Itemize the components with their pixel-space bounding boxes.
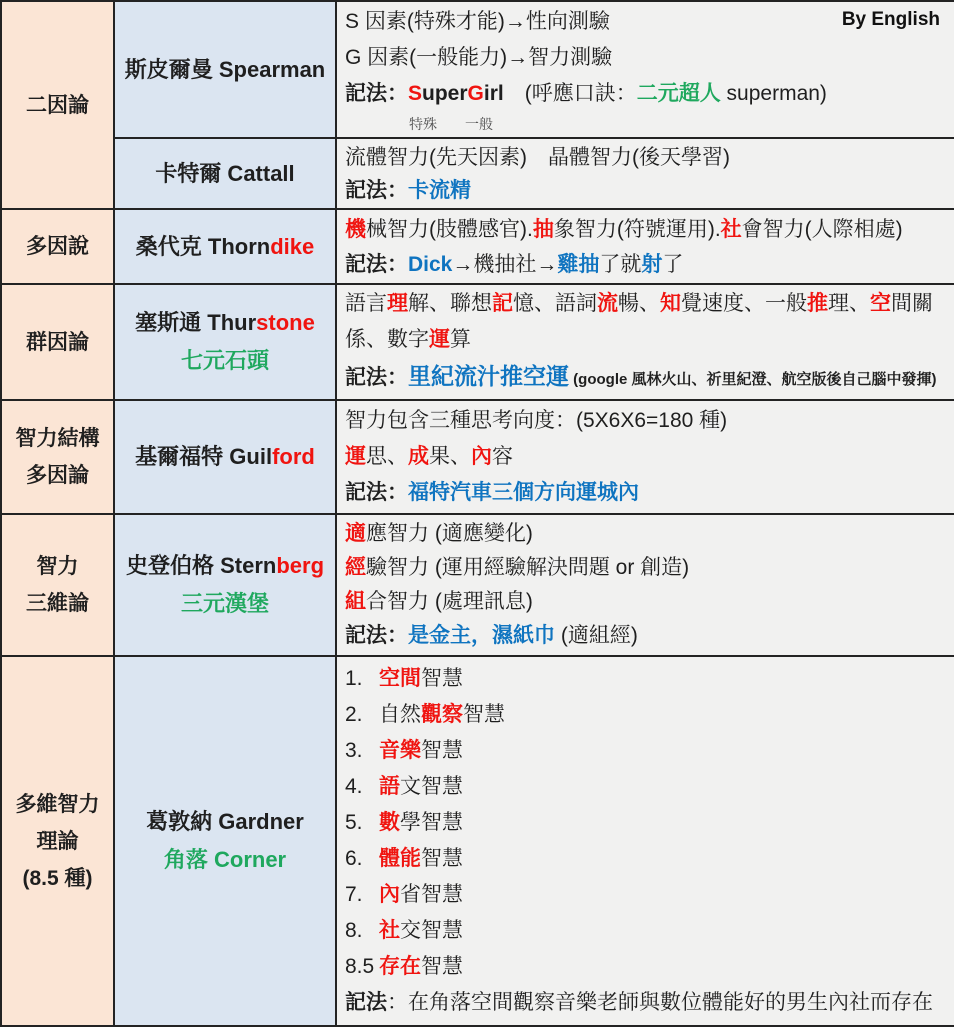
detail-cell-thorndike: 機械智力(肢體感官).抽象智力(符號運用).社會智力(人際相處)記法：Dick→… <box>336 209 954 284</box>
text-segment: uper <box>422 82 468 105</box>
text-segment: 應智力 (適應變化) <box>366 522 533 545</box>
text-segment: 容 <box>492 445 513 468</box>
text-segment: superman) <box>721 82 827 105</box>
text-segment: 了 <box>662 253 683 276</box>
text-segment: 群因論 <box>26 331 89 354</box>
text-line: 三維論 <box>2 585 113 622</box>
text-segment: 知 <box>660 292 681 315</box>
text-segment: 記法： <box>345 179 408 202</box>
text-segment: 二元超人 <box>637 82 721 105</box>
text-line: 3.音樂智慧 <box>345 733 950 769</box>
text-line: 記法：福特汽車三個方向運城內 <box>345 475 950 511</box>
text-segment: 智力結構 <box>16 427 100 450</box>
text-segment: 思、 <box>366 445 408 468</box>
text-segment: 算 <box>450 328 471 351</box>
text-line: G 因素(一般能力)→智力測驗 <box>345 40 950 76</box>
text-segment: 機抽社 <box>473 253 536 276</box>
text-segment: 暢、 <box>618 292 660 315</box>
text-segment: 憶、語詞 <box>513 292 597 315</box>
intelligence-theories-table: 二因論 斯皮爾曼 Spearman By English S 因素(特殊才能)→… <box>0 0 954 1027</box>
text-segment: 卡特爾 Cattall <box>155 161 294 186</box>
text-segment: (8.5 種) <box>22 867 92 890</box>
text-line: 群因論 <box>2 324 113 361</box>
text-segment: 機 <box>345 218 366 241</box>
text-segment: 多因說 <box>26 235 89 258</box>
text-segment: 二因論 <box>26 94 89 117</box>
text-segment: 理論 <box>37 830 79 853</box>
detail-cell-spearman: By English S 因素(特殊才能)→性向測驗G 因素(一般能力)→智力測… <box>336 1 954 138</box>
text-segment: 成 <box>408 445 429 468</box>
detail-cell-sternberg: 適應智力 (適應變化)經驗智力 (運用經驗解決問題 or 創造)組合智力 (處理… <box>336 514 954 656</box>
text-segment: 學智慧 <box>400 811 463 834</box>
theorist-cell-thorndike: 桑代克 Thorndike <box>114 209 336 284</box>
theorist-cell-gardner: 葛敦納 Gardner角落 Corner <box>114 656 336 1026</box>
text-segment: 推 <box>807 292 828 315</box>
text-line: 特殊一般 <box>345 112 950 135</box>
text-line: 機械智力(肢體感官).抽象智力(符號運用).社會智力(人際相處) <box>345 212 950 247</box>
text-segment: 驗智力 (運用經驗解決問題 or 創造) <box>366 556 689 579</box>
text-line: 斯皮爾曼 Spearman <box>115 51 335 89</box>
theorist-cell-spearman: 斯皮爾曼 Spearman <box>114 1 336 138</box>
text-segment: 間關 <box>891 292 933 315</box>
text-segment: 運 <box>345 445 366 468</box>
detail-cell-thurstone: 語言理解、聯想記憶、語詞流暢、知覺速度、一般推理、空間關係、數字運算記法：里紀流… <box>336 284 954 400</box>
text-segment: 體能 <box>379 847 421 870</box>
text-segment: 經 <box>345 556 366 579</box>
text-line: 記法：SuperGirl (呼應口訣：二元超人 superman) <box>345 76 950 112</box>
text-segment: 流體智力(先天因素) 晶體智力(後天學習) <box>345 146 730 169</box>
theory-cell-multiple-intelligences: 多維智力理論(8.5 種) <box>1 656 114 1026</box>
text-segment: 自然 <box>379 703 421 726</box>
text-segment: 記法： <box>345 624 408 647</box>
text-segment: → <box>536 253 557 276</box>
text-segment: 塞斯通 Thur <box>135 310 256 335</box>
text-segment: stone <box>256 310 315 335</box>
detail-cell-gardner: 1.空間智慧2.自然觀察智慧3.音樂智慧4.語文智慧5.數學智慧6.體能智慧7.… <box>336 656 954 1026</box>
text-segment: → <box>452 253 473 276</box>
text-segment: 組 <box>345 590 366 613</box>
text-segment: 智慧 <box>463 703 505 726</box>
text-line: 理論 <box>2 823 113 860</box>
text-segment: 多因論 <box>26 464 89 487</box>
text-line: 二因論 <box>2 87 113 124</box>
text-line: 經驗智力 (運用經驗解決問題 or 創造) <box>345 551 950 585</box>
text-segment: 內 <box>471 445 492 468</box>
text-segment: irl <box>484 82 504 105</box>
text-line: 智力 <box>2 548 113 585</box>
text-segment: 智慧 <box>421 739 463 762</box>
text-line: 記法：在角落空間觀察音樂老師與數位體能好的男生內社而存在 <box>345 985 950 1021</box>
text-segment: 1. <box>345 661 379 697</box>
text-line: (8.5 種) <box>2 860 113 897</box>
text-segment: 射 <box>641 253 662 276</box>
text-segment: 智慧 <box>421 847 463 870</box>
text-segment: 理 <box>387 292 408 315</box>
theory-cell-two-factor: 二因論 <box>1 1 114 209</box>
text-segment: 音樂 <box>379 739 421 762</box>
text-segment: 3. <box>345 733 379 769</box>
text-segment: (google 風林火山、祈里紀澄、航空版後自己腦中發揮) <box>569 371 937 388</box>
text-segment: 智慧 <box>421 667 463 690</box>
text-segment: 運 <box>429 328 450 351</box>
text-segment: 7. <box>345 877 379 913</box>
text-segment: S 因素(特殊才能)→性向測驗 <box>345 10 610 33</box>
text-segment: berg <box>276 553 324 578</box>
text-segment: 空 <box>870 292 891 315</box>
theory-cell-group-factor: 群因論 <box>1 284 114 400</box>
text-segment: 記法 <box>345 991 387 1014</box>
text-segment: 智力包含三種思考向度：(5X6X6=180 種) <box>345 409 727 432</box>
text-line: 流體智力(先天因素) 晶體智力(後天學習) <box>345 141 950 174</box>
text-segment: 記法： <box>345 481 408 504</box>
text-line: 2.自然觀察智慧 <box>345 697 950 733</box>
theory-cell-structure-of-intellect: 智力結構多因論 <box>1 400 114 514</box>
text-segment: ford <box>272 444 315 469</box>
text-segment: 福特汽車三個方向運城內 <box>408 481 639 504</box>
text-line: 8.社交智慧 <box>345 913 950 949</box>
text-line: 葛敦納 Gardner <box>115 803 335 841</box>
theory-cell-triarchic: 智力三維論 <box>1 514 114 656</box>
text-segment: 多維智力 <box>16 793 100 816</box>
text-segment: 解、聯想 <box>408 292 492 315</box>
text-line: 卡特爾 Cattall <box>115 155 335 193</box>
text-line: 1.空間智慧 <box>345 661 950 697</box>
text-segment: 智力 <box>37 555 79 578</box>
text-line: 係、數字運算 <box>345 322 950 358</box>
text-segment: 語 <box>379 775 400 798</box>
text-segment: 會智力(人際相處) <box>742 218 903 241</box>
text-line: 4.語文智慧 <box>345 769 950 805</box>
text-segment: 抽 <box>533 218 554 241</box>
text-segment: 智慧 <box>421 955 463 978</box>
text-segment: 特殊 <box>409 116 437 132</box>
text-line: 記法：Dick→機抽社→雞抽了就射了 <box>345 247 950 282</box>
text-segment: 記 <box>492 292 513 315</box>
text-segment: 交智慧 <box>400 919 463 942</box>
text-segment: 社 <box>379 919 400 942</box>
text-segment: G <box>468 82 484 105</box>
text-line: 塞斯通 Thurstone <box>115 304 335 342</box>
text-line: 記法：里紀流汁推空運 (google 風林火山、祈里紀澄、航空版後自己腦中發揮) <box>345 358 950 398</box>
text-line: 適應智力 (適應變化) <box>345 517 950 551</box>
text-segment: 斯皮爾曼 Spearman <box>125 57 326 82</box>
text-segment: S <box>408 82 422 105</box>
text-segment: 象智力(符號運用). <box>554 218 721 241</box>
text-segment: ：在角落空間觀察音樂老師與數位體能好的男生內社而存在 <box>387 991 933 1014</box>
theorist-cell-guilford: 基爾福特 Guilford <box>114 400 336 514</box>
text-segment: 8. <box>345 913 379 949</box>
detail-cell-guilford: 智力包含三種思考向度：(5X6X6=180 種)運思、成果、內容記法：福特汽車三… <box>336 400 954 514</box>
text-segment: 內 <box>379 883 400 906</box>
text-segment: 存在 <box>379 955 421 978</box>
text-segment: 觀察 <box>421 703 463 726</box>
text-segment: (適組經) <box>555 624 638 647</box>
text-line: 角落 Corner <box>115 841 335 879</box>
text-line: 史登伯格 Sternberg <box>115 547 335 585</box>
text-segment: 里紀流汁推空運 <box>408 363 569 389</box>
text-line: 5.數學智慧 <box>345 805 950 841</box>
text-segment: 2. <box>345 697 379 733</box>
text-segment: 覺速度、一般 <box>681 292 807 315</box>
text-line: 7.內省智慧 <box>345 877 950 913</box>
text-segment: 記法： <box>345 366 408 389</box>
text-segment: 一般 <box>465 116 493 132</box>
text-segment: 合智力 (處理訊息) <box>366 590 533 613</box>
text-segment: 流 <box>597 292 618 315</box>
text-segment: 語言 <box>345 292 387 315</box>
text-segment: 七元石頭 <box>181 348 269 373</box>
text-line: 多維智力 <box>2 786 113 823</box>
text-segment: 基爾福特 Guil <box>135 444 272 469</box>
text-line: 運思、成果、內容 <box>345 439 950 475</box>
text-line: 智力包含三種思考向度：(5X6X6=180 種) <box>345 403 950 439</box>
text-line: 語言理解、聯想記憶、語詞流暢、知覺速度、一般推理、空間關 <box>345 286 950 322</box>
text-segment: 記法： <box>345 82 408 105</box>
text-segment: 桑代克 Thorn <box>136 234 270 259</box>
text-segment: 係、數字 <box>345 328 429 351</box>
text-segment: 了就 <box>599 253 641 276</box>
text-line: 8.5存在智慧 <box>345 949 950 985</box>
text-segment: 角落 Corner <box>164 847 286 872</box>
text-line: 記法：卡流精 <box>345 174 950 207</box>
text-segment: 社 <box>721 218 742 241</box>
text-segment: 是金主，濕紙巾 <box>408 624 555 647</box>
text-segment: 雞抽 <box>557 253 599 276</box>
theorist-cell-cattall: 卡特爾 Cattall <box>114 138 336 209</box>
text-line: 多因論 <box>2 457 113 494</box>
text-line: 桑代克 Thorndike <box>115 228 335 266</box>
text-line: 三元漢堡 <box>115 585 335 623</box>
text-segment: 文智慧 <box>400 775 463 798</box>
text-segment: 果、 <box>429 445 471 468</box>
theory-cell-multi-factor: 多因說 <box>1 209 114 284</box>
text-segment: 葛敦納 Gardner <box>146 809 304 834</box>
text-segment: 三元漢堡 <box>181 591 269 616</box>
text-segment: 三維論 <box>26 592 89 615</box>
theorist-cell-thurstone: 塞斯通 Thurstone七元石頭 <box>114 284 336 400</box>
text-segment: 4. <box>345 769 379 805</box>
text-line: 記法：是金主，濕紙巾 (適組經) <box>345 619 950 653</box>
text-segment: 卡流精 <box>408 179 471 202</box>
text-segment: G 因素(一般能力)→智力測驗 <box>345 46 612 69</box>
text-segment: 5. <box>345 805 379 841</box>
text-line: 七元石頭 <box>115 342 335 380</box>
text-segment: 空間 <box>379 667 421 690</box>
text-line: 6.體能智慧 <box>345 841 950 877</box>
detail-cell-cattall: 流體智力(先天因素) 晶體智力(後天學習)記法：卡流精 <box>336 138 954 209</box>
text-segment: 省智慧 <box>400 883 463 906</box>
text-line: 組合智力 (處理訊息) <box>345 585 950 619</box>
text-segment: 記法： <box>345 253 408 276</box>
text-segment: 史登伯格 Stern <box>126 553 276 578</box>
text-line: 基爾福特 Guilford <box>115 438 335 476</box>
text-segment: 理、 <box>828 292 870 315</box>
text-segment: Dick <box>408 253 452 276</box>
text-segment: dike <box>270 234 314 259</box>
theorist-cell-sternberg: 史登伯格 Sternberg三元漢堡 <box>114 514 336 656</box>
text-segment: 適 <box>345 522 366 545</box>
text-segment: 數 <box>379 811 400 834</box>
text-segment: 6. <box>345 841 379 877</box>
by-english-note: By English <box>842 9 940 31</box>
text-line: 智力結構 <box>2 420 113 457</box>
text-segment: (呼應口訣： <box>504 82 637 105</box>
text-segment: 械智力(肢體感官). <box>366 218 533 241</box>
text-segment: 8.5 <box>345 949 379 985</box>
text-line: 多因說 <box>2 228 113 265</box>
